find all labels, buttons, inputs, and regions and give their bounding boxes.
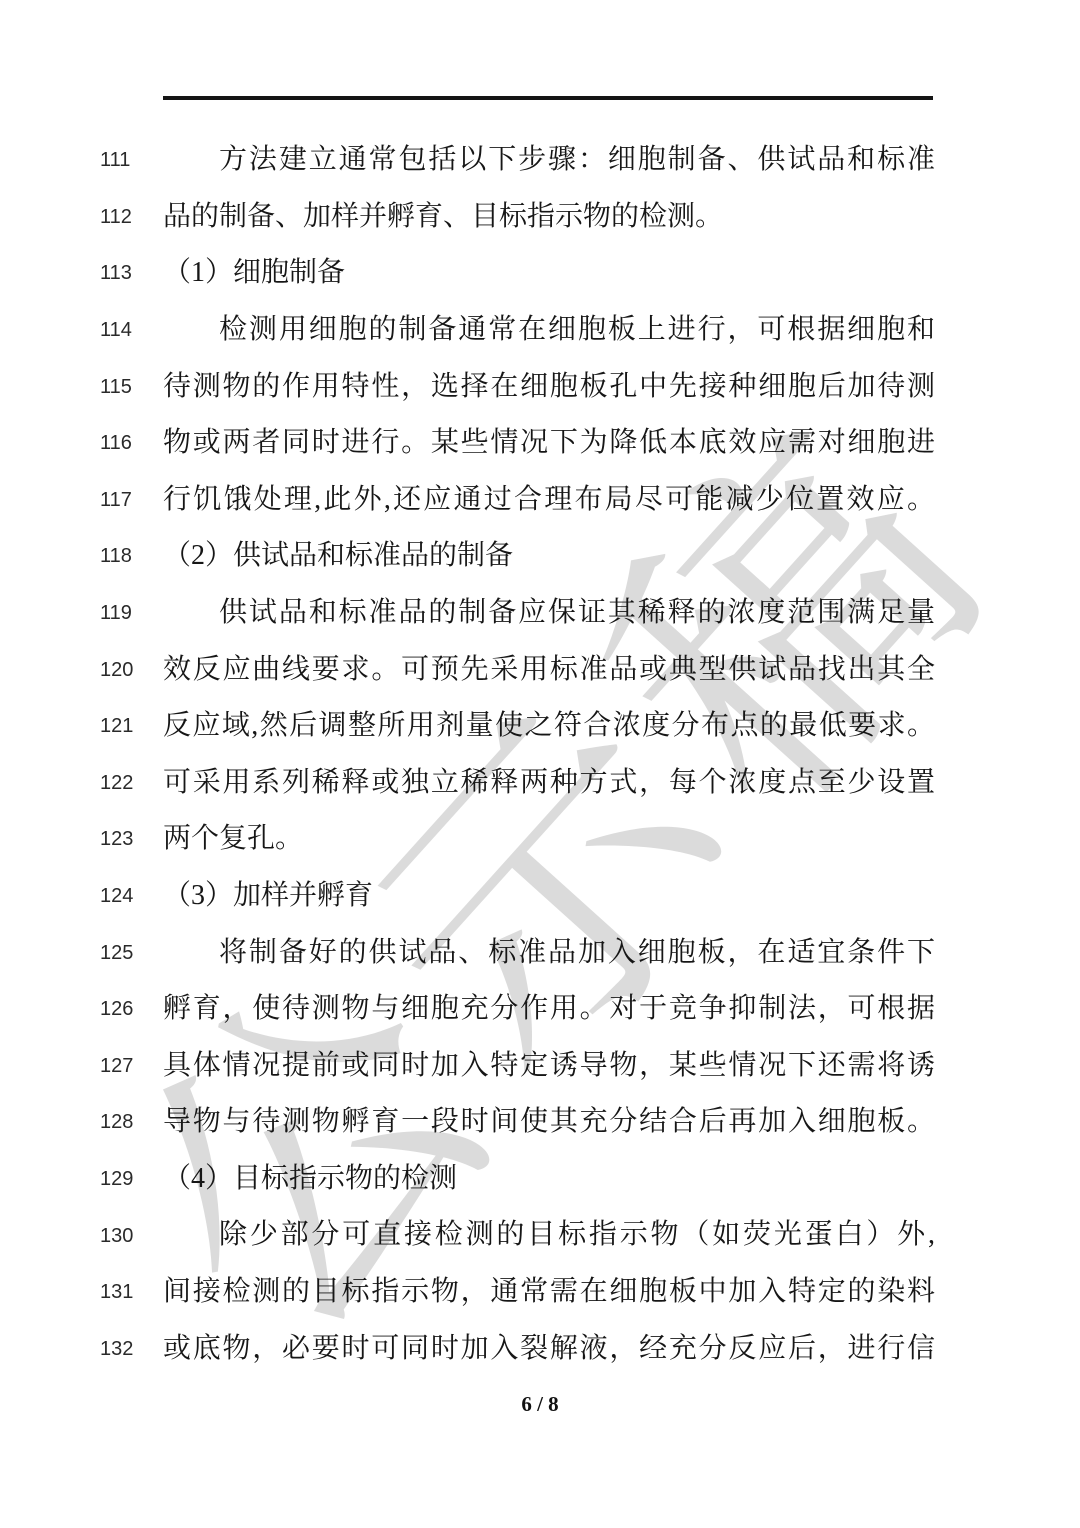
- text-line: 112 品的制备、加样并孵育、目标指示物的检测。: [0, 189, 1080, 246]
- line-number: 113: [100, 263, 163, 283]
- line-number: 122: [100, 773, 163, 793]
- line-number: 120: [100, 660, 163, 680]
- line-text: 效反应曲线要求。可预先采用标准品或典型供试品找出其全: [163, 654, 935, 686]
- line-text: （1）细胞制备: [163, 257, 935, 289]
- line-number: 116: [100, 433, 163, 453]
- line-text: （4）目标指示物的检测: [163, 1163, 935, 1195]
- line-text: 待测物的作用特性，选择在细胞板孔中先接种细胞后加待测: [163, 371, 935, 403]
- page-number: 6 / 8: [0, 1392, 1080, 1417]
- text-line: 131 间接检测的目标指示物，通常需在细胞板中加入特定的染料: [0, 1264, 1080, 1321]
- line-number: 114: [100, 320, 163, 340]
- line-text: 除少部分可直接检测的目标指示物（如荧光蛋白）外,: [163, 1219, 935, 1251]
- line-text: 方法建立通常包括以下步骤：细胞制备、供试品和标准: [163, 144, 935, 176]
- text-line: 111 方法建立通常包括以下步骤：细胞制备、供试品和标准: [0, 132, 1080, 189]
- header-rule: [163, 96, 933, 100]
- line-text: 反应域,然后调整所用剂量使之符合浓度分布点的最低要求。: [163, 710, 935, 742]
- line-number: 126: [100, 999, 163, 1019]
- line-text: 供试品和标准品的制备应保证其稀释的浓度范围满足量: [163, 597, 935, 629]
- text-line: 113 （1）细胞制备: [0, 245, 1080, 302]
- line-text: 行饥饿处理,此外,还应通过合理布局尽可能减少位置效应。: [163, 484, 935, 516]
- text-line: 126 孵育，使待测物与细胞充分作用。对于竞争抑制法，可根据: [0, 981, 1080, 1038]
- text-line: 129 （4）目标指示物的检测: [0, 1151, 1080, 1208]
- line-text: 检测用细胞的制备通常在细胞板上进行，可根据细胞和: [163, 314, 935, 346]
- text-line: 128 导物与待测物孵育一段时间使其充分结合后再加入细胞板。: [0, 1094, 1080, 1151]
- line-number: 111: [100, 150, 163, 170]
- text-line: 127 具体情况提前或同时加入特定诱导物，某些情况下还需将诱: [0, 1038, 1080, 1095]
- line-number: 118: [100, 546, 163, 566]
- line-number: 119: [100, 603, 163, 623]
- line-number: 130: [100, 1226, 163, 1246]
- text-line: 115 待测物的作用特性，选择在细胞板孔中先接种细胞后加待测: [0, 358, 1080, 415]
- line-text: 物或两者同时进行。某些情况下为降低本底效应需对细胞进: [163, 427, 935, 459]
- line-text: 或底物，必要时可同时加入裂解液，经充分反应后，进行信: [163, 1333, 935, 1365]
- text-line: 116 物或两者同时进行。某些情况下为降低本底效应需对细胞进: [0, 415, 1080, 472]
- line-text: 导物与待测物孵育一段时间使其充分结合后再加入细胞板。: [163, 1106, 935, 1138]
- line-text: 品的制备、加样并孵育、目标指示物的检测。: [163, 201, 935, 233]
- text-line: 114 检测用细胞的制备通常在细胞板上进行，可根据细胞和: [0, 302, 1080, 359]
- line-number: 127: [100, 1056, 163, 1076]
- text-line: 122 可采用系列稀释或独立稀释两种方式，每个浓度点至少设置: [0, 755, 1080, 812]
- line-text: 具体情况提前或同时加入特定诱导物，某些情况下还需将诱: [163, 1050, 935, 1082]
- line-number: 124: [100, 886, 163, 906]
- text-line: 124 （3）加样并孵育: [0, 868, 1080, 925]
- text-line: 118 （2）供试品和标准品的制备: [0, 528, 1080, 585]
- line-text: 孵育，使待测物与细胞充分作用。对于竞争抑制法，可根据: [163, 993, 935, 1025]
- line-number: 131: [100, 1282, 163, 1302]
- line-number: 129: [100, 1169, 163, 1189]
- line-text: 可采用系列稀释或独立稀释两种方式，每个浓度点至少设置: [163, 767, 935, 799]
- line-text: （3）加样并孵育: [163, 880, 935, 912]
- line-number: 123: [100, 829, 163, 849]
- line-number: 112: [100, 207, 163, 227]
- line-number: 121: [100, 716, 163, 736]
- text-line: 123 两个复孔。: [0, 811, 1080, 868]
- line-number: 125: [100, 943, 163, 963]
- line-number: 132: [100, 1339, 163, 1359]
- document-page: 公示稿 111 方法建立通常包括以下步骤：细胞制备、供试品和标准 112 品的制…: [0, 0, 1080, 1528]
- text-line: 120 效反应曲线要求。可预先采用标准品或典型供试品找出其全: [0, 641, 1080, 698]
- line-text: 两个复孔。: [163, 823, 935, 855]
- text-line: 132 或底物，必要时可同时加入裂解液，经充分反应后，进行信: [0, 1320, 1080, 1377]
- text-line: 119 供试品和标准品的制备应保证其稀释的浓度范围满足量: [0, 585, 1080, 642]
- line-text: 将制备好的供试品、标准品加入细胞板，在适宜条件下: [163, 937, 935, 969]
- line-text: 间接检测的目标指示物，通常需在细胞板中加入特定的染料: [163, 1276, 935, 1308]
- document-body: 111 方法建立通常包括以下步骤：细胞制备、供试品和标准 112 品的制备、加样…: [0, 132, 1080, 1377]
- text-line: 121 反应域,然后调整所用剂量使之符合浓度分布点的最低要求。: [0, 698, 1080, 755]
- text-line: 125 将制备好的供试品、标准品加入细胞板，在适宜条件下: [0, 924, 1080, 981]
- text-line: 117 行饥饿处理,此外,还应通过合理布局尽可能减少位置效应。: [0, 472, 1080, 529]
- line-number: 128: [100, 1112, 163, 1132]
- line-number: 117: [100, 490, 163, 510]
- line-text: （2）供试品和标准品的制备: [163, 540, 935, 572]
- text-line: 130 除少部分可直接检测的目标指示物（如荧光蛋白）外,: [0, 1207, 1080, 1264]
- line-number: 115: [100, 377, 163, 397]
